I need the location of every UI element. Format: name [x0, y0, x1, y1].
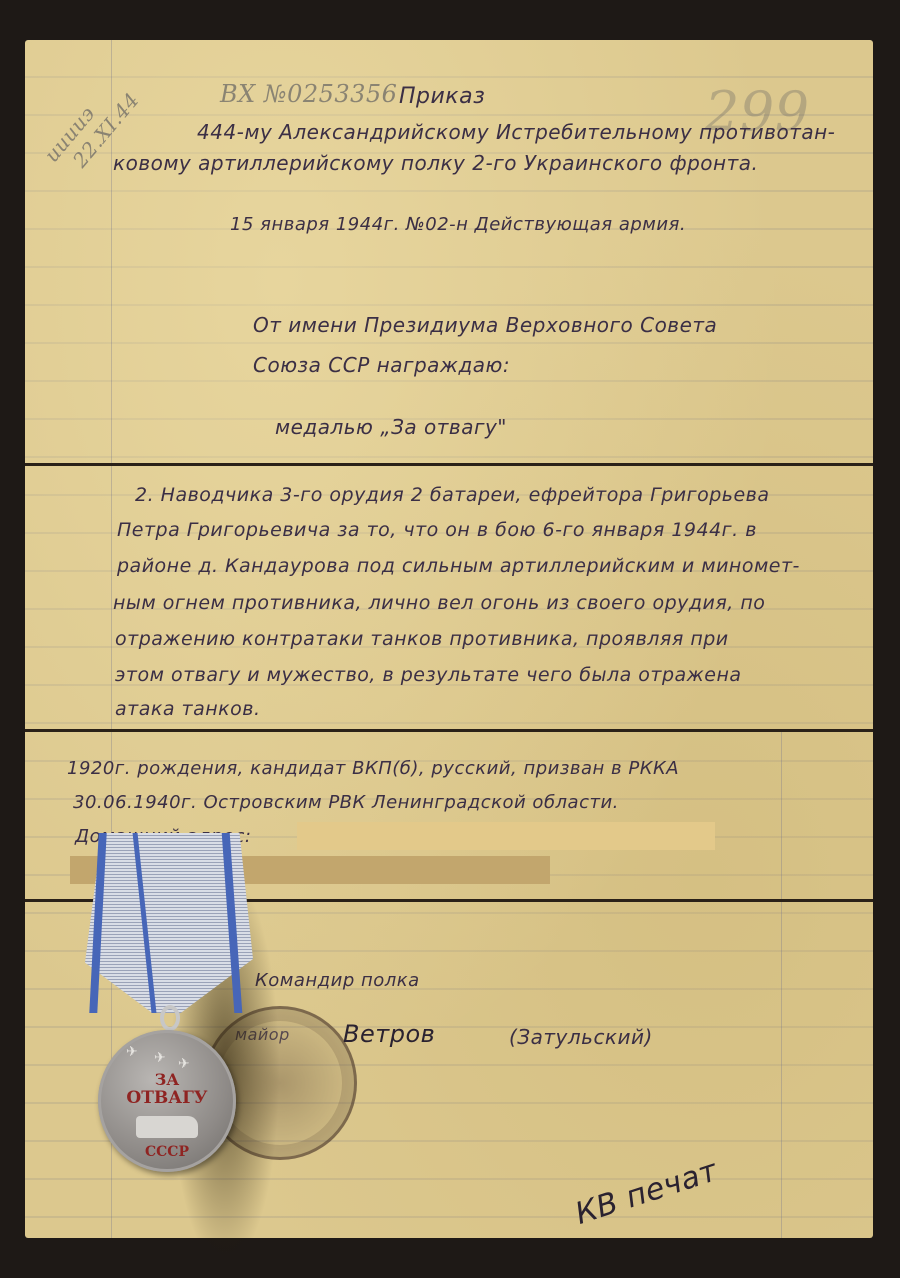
citation-line: отражению контратаки танков противника, …: [115, 628, 729, 650]
medal-for-courage: ✈ ✈ ✈ ЗА ОТВАГУ СССР: [98, 1030, 236, 1172]
header-line-1: 444-му Александрийскому Истребительному …: [197, 120, 835, 144]
redacted-address: [297, 822, 715, 850]
order-title: Приказ: [399, 84, 485, 109]
medal-text-za: ЗА: [98, 1070, 236, 1089]
citation-line: Петра Григорьевича за то, что он в бою 6…: [117, 519, 757, 541]
award-line-1: От имени Президиума Верховного Совета: [253, 313, 717, 337]
citation-line: 2. Наводчика 3-го орудия 2 батареи, ефре…: [135, 484, 770, 506]
archive-number: ВХ №0253356: [220, 80, 397, 108]
citation-line: районе д. Кандаурова под сильным артилле…: [117, 555, 800, 577]
tank-icon: [136, 1116, 198, 1138]
bio-line: 30.06.1940г. Островским РВК Ленинградско…: [73, 792, 619, 813]
right-column-rule: [781, 730, 782, 1238]
bottom-signature-note: КВ печат: [571, 1153, 722, 1232]
medal-text-ussr: СССР: [98, 1144, 236, 1160]
airplane-icon: ✈: [154, 1050, 166, 1066]
header-line-2: ковому артиллерийскому полку 2-го Украин…: [113, 151, 758, 175]
section-separator-1: [25, 463, 873, 466]
section-separator-2: [25, 729, 873, 732]
citation-line: этом отвагу и мужество, в результате чег…: [115, 664, 742, 686]
citation-line: атака танков.: [115, 698, 260, 720]
signature-scrawl: Ветров: [343, 1020, 435, 1048]
airplane-icon: ✈: [126, 1044, 138, 1060]
bio-line: 1920г. рождения, кандидат ВКП(б), русски…: [67, 758, 679, 779]
order-date-number: 15 января 1944г. №02-н Действующая армия…: [230, 214, 686, 235]
award-line-2: Союза ССР награждаю:: [253, 353, 510, 377]
medal-text-otvagu: ОТВАГУ: [98, 1088, 236, 1108]
signatory-name: (Затульский): [509, 1025, 653, 1049]
citation-line: ным огнем противника, лично вел огонь из…: [113, 592, 765, 614]
medal-ring: [160, 1005, 180, 1031]
award-medal-line: медалью „За отвагу": [275, 415, 507, 439]
